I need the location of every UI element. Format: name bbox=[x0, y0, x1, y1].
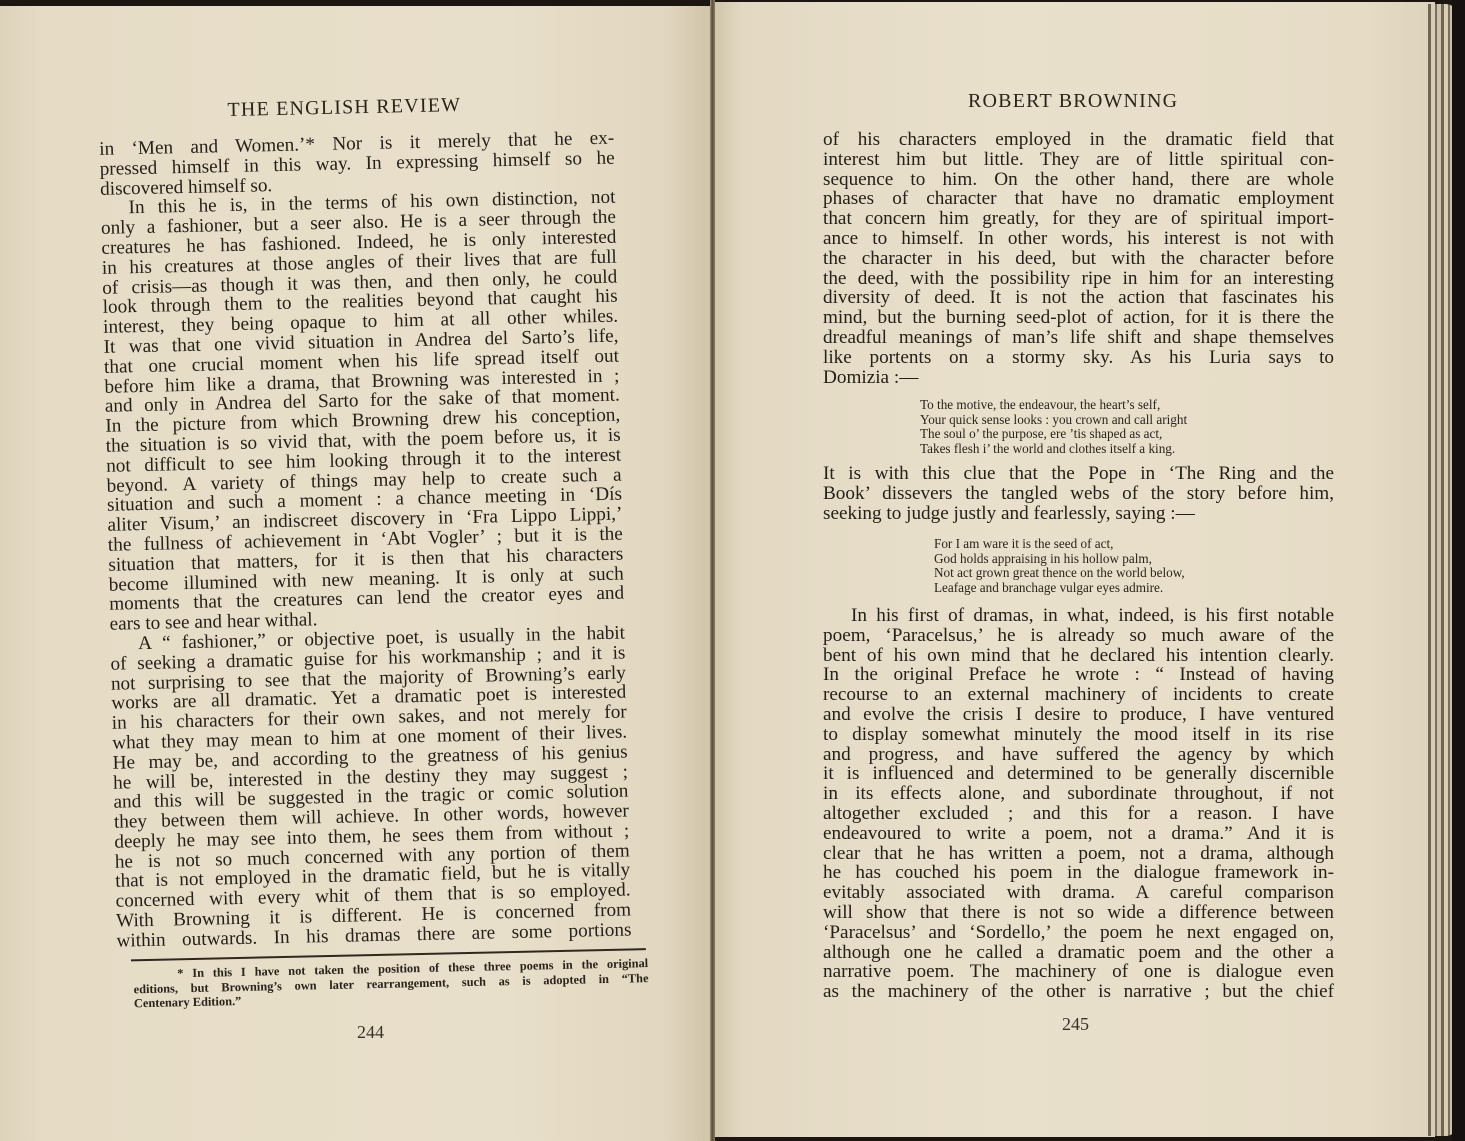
text-line: Book’ dissevers the tangled webs of the … bbox=[823, 484, 1334, 504]
open-book-spread: THE ENGLISH REVIEW in ‘Men and Women.’* … bbox=[0, 0, 1465, 1141]
verse-line: Takes flesh i’ the world and clothes its… bbox=[920, 442, 1187, 457]
verse-line: Your quick sense looks : you crown and c… bbox=[920, 413, 1187, 428]
text-line: the character in his deed, but with the … bbox=[823, 249, 1334, 269]
verse-line: Leafage and branchage vulgar eyes admire… bbox=[934, 581, 1185, 596]
text-line: and progress, and have suffered the agen… bbox=[823, 745, 1334, 765]
left-page-content: THE ENGLISH REVIEW in ‘Men and Women.’* … bbox=[0, 0, 738, 1141]
text-line: diversity of deed. It is not the action … bbox=[823, 288, 1334, 308]
text-line: bent of his own mind that he declared hi… bbox=[823, 646, 1334, 666]
verse-quote-luria: To the motive, the endeavour, the heart’… bbox=[920, 398, 1187, 456]
verse-quote-ring-and-book: For I am ware it is the seed of act,God … bbox=[934, 537, 1185, 595]
text-line: to display somewhat minutely the mood it… bbox=[823, 725, 1334, 745]
text-line: sequence to him. On the other hand, ther… bbox=[823, 170, 1334, 190]
footnote: * In this I have not taken the position … bbox=[133, 956, 649, 1011]
text-line: dreadful meanings of man’s life shift an… bbox=[823, 328, 1334, 348]
text-line: like portents on a stormy sky. As his Lu… bbox=[823, 348, 1334, 368]
text-line: endeavoured to write a poem, not a drama… bbox=[823, 824, 1334, 844]
text-line: although one he called a dramatic poem a… bbox=[823, 943, 1334, 963]
text-line: mind, but the burning seed-plot of actio… bbox=[823, 308, 1334, 328]
text-line: he has couched his poem in the dialogue … bbox=[823, 863, 1334, 883]
verse-line: To the motive, the endeavour, the heart’… bbox=[920, 398, 1187, 413]
text-line: It is with this clue that the Pope in ‘T… bbox=[823, 464, 1334, 484]
text-line: the deed, with the possibility ripe in h… bbox=[823, 269, 1334, 289]
text-line: Domizia :— bbox=[823, 368, 1334, 388]
text-line: clear that he has written a poem, not a … bbox=[823, 844, 1334, 864]
text-line: ance to himself. In other words, his int… bbox=[823, 229, 1334, 249]
right-body-text-1: of his characters employed in the dramat… bbox=[823, 130, 1334, 387]
text-line: In his first of dramas, in what, indeed,… bbox=[823, 606, 1334, 626]
verse-line: For I am ware it is the seed of act, bbox=[934, 537, 1185, 552]
text-line: In the original Preface he wrote : “ Ins… bbox=[823, 665, 1334, 685]
text-line: narrative poem. The machinery of one is … bbox=[823, 962, 1334, 982]
text-line: altogether excluded ; and this for a rea… bbox=[823, 804, 1334, 824]
verse-line: God holds appraising in his hollow palm, bbox=[934, 552, 1185, 567]
running-head-left: THE ENGLISH REVIEW bbox=[227, 94, 461, 122]
verse-line: Not act grown great thence on the world … bbox=[934, 566, 1185, 581]
text-line: seeking to judge justly and fearlessly, … bbox=[823, 504, 1334, 524]
verse-line: The soul o’ the purpose, ere ’tis shaped… bbox=[920, 427, 1187, 442]
text-line: that concern him greatly, for they are o… bbox=[823, 209, 1334, 229]
text-line: poem, ‘Paracelsus,’ he is already so muc… bbox=[823, 626, 1334, 646]
text-line: will show that there is not so wide a di… bbox=[823, 903, 1334, 923]
text-line: it is influenced and determined to be ge… bbox=[823, 764, 1334, 784]
text-line: as the machinery of the other is narrati… bbox=[823, 982, 1334, 1002]
text-line: ‘Paracelsus’ and ‘Sordello,’ the poem he… bbox=[823, 923, 1334, 943]
text-line: phases of character that have no dramati… bbox=[823, 189, 1334, 209]
book-cover-edge bbox=[1452, 0, 1465, 1141]
right-body-text-2: It is with this clue that the Pope in ‘T… bbox=[823, 464, 1334, 523]
text-line: recourse to an external machinery of inc… bbox=[823, 685, 1334, 705]
text-line: interest him but little. They are of lit… bbox=[823, 150, 1334, 170]
text-line: evitably associated with drama. A carefu… bbox=[823, 883, 1334, 903]
text-line: of his characters employed in the dramat… bbox=[823, 130, 1334, 150]
page-number-right: 245 bbox=[1062, 1014, 1089, 1035]
page-number-left: 244 bbox=[357, 1022, 384, 1043]
running-head-right: ROBERT BROWNING bbox=[968, 90, 1178, 113]
text-line: in its effects alone, and subordinate th… bbox=[823, 784, 1334, 804]
left-body-text: in ‘Men and Women.’* Nor is it merely th… bbox=[99, 129, 632, 952]
right-body-text-3: In his first of dramas, in what, indeed,… bbox=[823, 606, 1334, 1002]
text-line: and evolve the crisis I desire to produc… bbox=[823, 705, 1334, 725]
